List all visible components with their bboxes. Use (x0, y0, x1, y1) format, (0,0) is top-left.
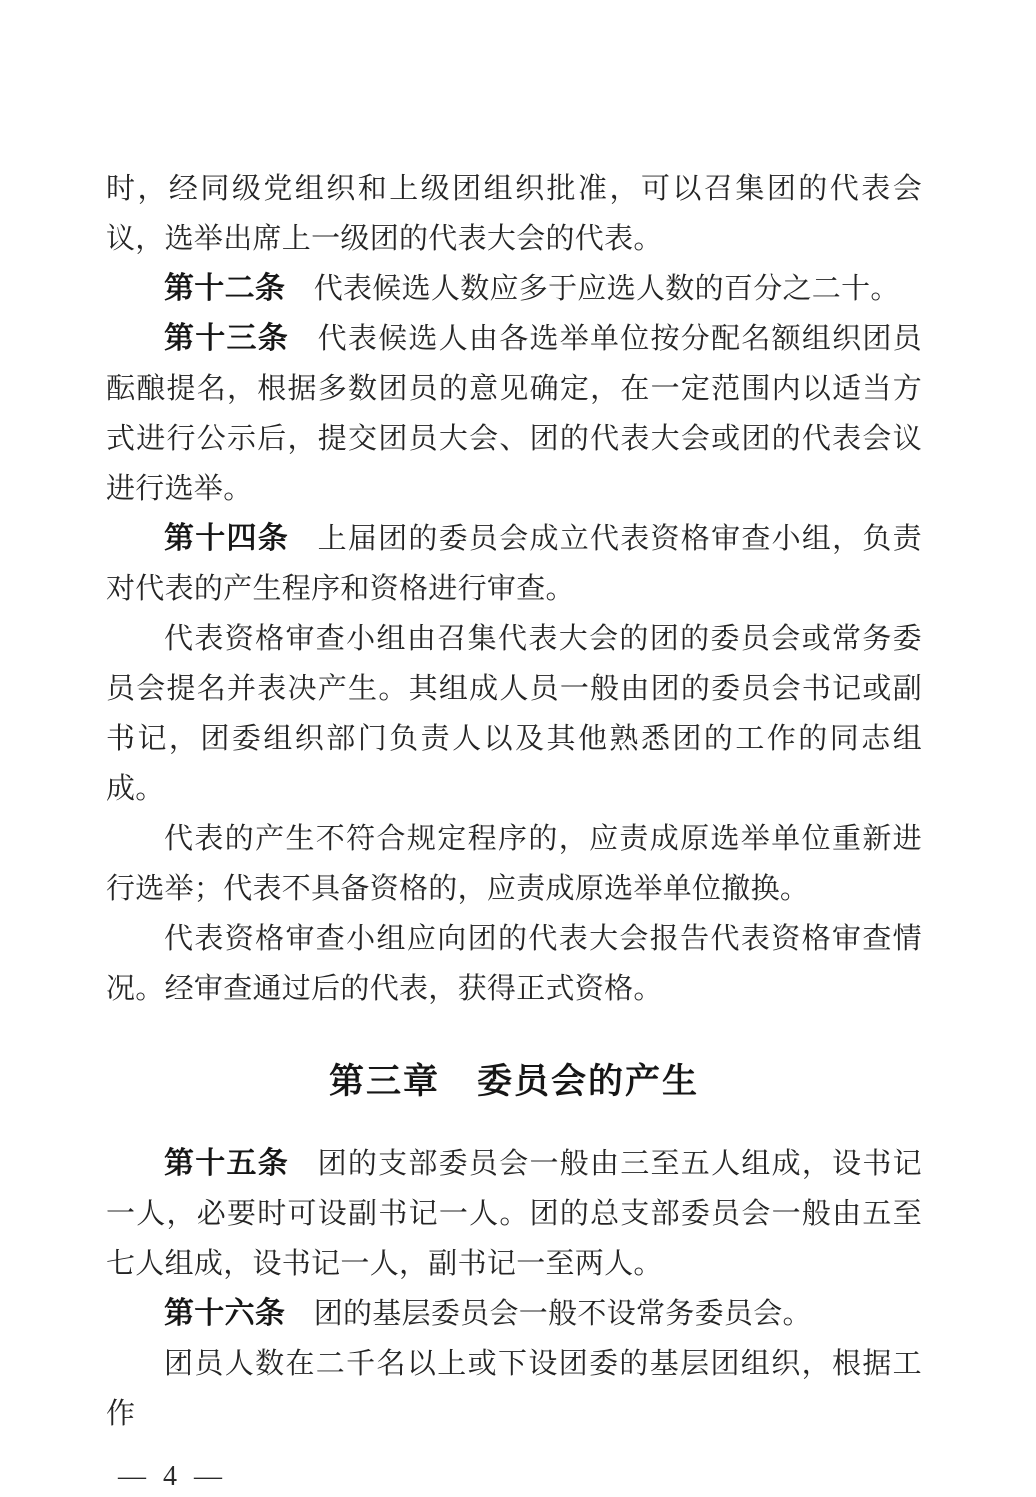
paragraph-article-15: 第十五条团的支部委员会一般由三至五人组成，设书记一人，必要时可设副书记一人。团的… (106, 1139, 922, 1289)
article-number: 第十四条 (164, 522, 289, 555)
paragraph-text: 代表的产生不符合规定程序的，应责成原选举单位重新进行选举；代表不具备资格的，应责… (106, 823, 922, 905)
article-number: 第十三条 (164, 322, 289, 355)
article-number: 第十二条 (164, 272, 285, 305)
paragraph-article-16: 第十六条团的基层委员会一般不设常务委员会。 (106, 1289, 922, 1339)
paragraph-text: 代表候选人数应多于应选人数的百分之二十。 (314, 273, 900, 305)
paragraph: 代表的产生不符合规定程序的，应责成原选举单位重新进行选举；代表不具备资格的，应责… (106, 814, 922, 914)
paragraph-article-14: 第十四条上届团的委员会成立代表资格审查小组，负责对代表的产生程序和资格进行审查。 (106, 514, 922, 614)
chapter-heading: 第三章 委员会的产生 (106, 1052, 922, 1112)
document-page: 时，经同级党组织和上级团组织批准，可以召集团的代表会议，选举出席上一级团的代表大… (0, 0, 1036, 1497)
paragraph: 代表资格审查小组由召集代表大会的团的委员会或常务委员会提名并表决产生。其组成人员… (106, 614, 922, 814)
paragraph-text: 代表资格审查小组应向团的代表大会报告代表资格审查情况。经审查通过后的代表，获得正… (106, 923, 922, 1005)
document-body: 时，经同级党组织和上级团组织批准，可以召集团的代表会议，选举出席上一级团的代表大… (106, 164, 922, 1493)
paragraph-article-12: 第十二条代表候选人数应多于应选人数的百分之二十。 (106, 264, 922, 314)
paragraph-article-13: 第十三条代表候选人由各选举单位按分配名额组织团员酝酿提名，根据多数团员的意见确定… (106, 314, 922, 514)
article-number: 第十五条 (164, 1147, 289, 1180)
paragraph: 代表资格审查小组应向团的代表大会报告代表资格审查情况。经审查通过后的代表，获得正… (106, 914, 922, 1014)
page-number: — 4 — (106, 1461, 922, 1493)
article-number: 第十六条 (164, 1297, 285, 1330)
paragraph: 团员人数在二千名以上或下设团委的基层团组织，根据工作 (106, 1339, 922, 1439)
paragraph-text: 时，经同级党组织和上级团组织批准，可以召集团的代表会议，选举出席上一级团的代表大… (106, 173, 922, 255)
paragraph-text: 团的基层委员会一般不设常务委员会。 (314, 1298, 812, 1330)
paragraph-text: 代表资格审查小组由召集代表大会的团的委员会或常务委员会提名并表决产生。其组成人员… (106, 623, 922, 805)
paragraph-continued: 时，经同级党组织和上级团组织批准，可以召集团的代表会议，选举出席上一级团的代表大… (106, 164, 922, 264)
paragraph-text: 团员人数在二千名以上或下设团委的基层团组织，根据工作 (106, 1348, 922, 1430)
